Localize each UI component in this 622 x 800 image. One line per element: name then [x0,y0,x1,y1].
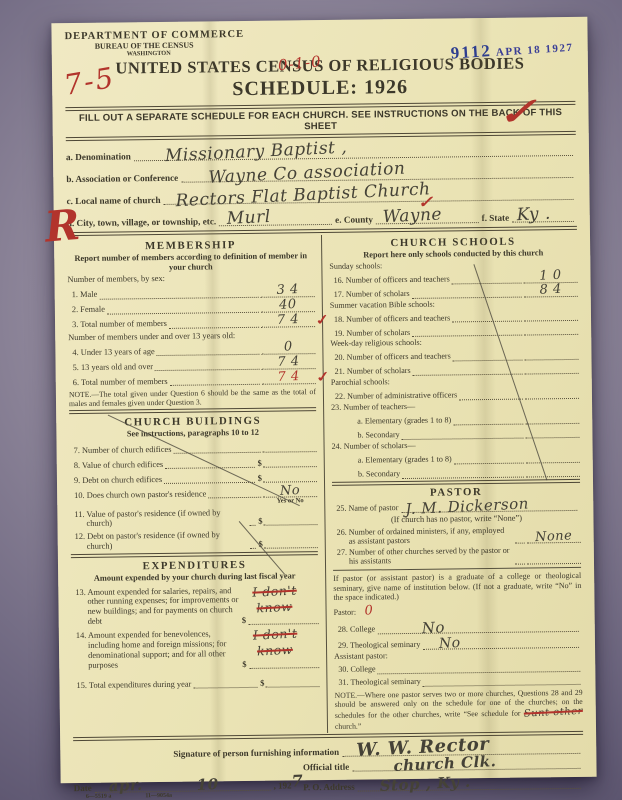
photo-background: DEPARTMENT OF COMMERCE BUREAU OF THE CEN… [0,0,622,800]
q14-value-line2: know [257,642,294,660]
q13-value-line1: I don't [252,582,297,600]
q25-row: 25. Name of pastor J. M. Dickerson [332,498,580,514]
q14-row: 14. Amount expended for benevolences, in… [72,628,319,671]
q6-total-row: 6. Total number of members 7 4✓ [69,373,316,387]
q11-row: 11. Value of pastor's residence (if owne… [70,507,317,528]
weekday-schools-label: Week-day religious schools: [330,337,578,349]
parochial-schools-label: Parochial schools: [331,376,579,388]
field-county-label: e. County [335,214,373,224]
red-check-icon: ✓ [416,194,435,212]
stamp-number: 9112 [451,41,493,63]
membership-note: NOTE.—The total given under Question 6 s… [69,387,316,408]
q29-value: No [439,636,461,652]
date-day-value: 10 [196,775,219,794]
q12-row: 12. Debt on pastor's residence (if owned… [71,529,318,550]
q21-row: 21. Number of scholars [331,363,579,377]
field-city-label: d. City, town, village, or township, etc… [67,216,217,228]
q13-value-line2: know [257,599,294,617]
q7-row: 7. Number of church edifices [70,441,317,455]
left-column: MEMBERSHIP Report number of members acco… [67,235,328,736]
field-state-value: Ky . [516,204,551,226]
date-year-digit: 7 [291,771,304,791]
rule [71,551,318,558]
summer-schools-label: Summer vacation Bible schools: [330,298,578,310]
q13-row: 13. Amount expended for salaries, repair… [71,585,318,628]
pastor-label-row: Pastor: 0 [334,602,582,619]
q28-row: 28. College No [334,619,582,635]
q3-total-row: 3. Total number of members 7 4✓ [68,316,315,330]
q30-row: 30. College [334,662,582,675]
q22-row: 22. Number of administrative officers [331,388,579,402]
q3-value: 7 4 [261,312,316,329]
stamp-date: APR 18 1927 [496,42,574,59]
dollar-sign: $ [242,660,246,669]
right-column: CHURCH SCHOOLS Report here only schools … [322,232,583,733]
q24a-row: a. Elementary (grades 1 to 8) [332,452,580,466]
q15-row: 15. Total expenditures during year $ [72,676,319,690]
q27-row: 27. Number of other churches served by t… [333,546,581,567]
q18-row: 18. Number of officers and teachers [330,310,578,324]
q17-value: 8 4 [523,282,578,299]
po-address-value: Stop , Ky . [380,773,472,795]
official-title-label: Official title [303,762,349,773]
date-year-printed: , 192 [274,780,292,790]
dollar-sign: $ [260,678,264,687]
field-state-label: f. State [482,213,510,223]
assistant-pastor-label: Assistant pastor: [334,650,582,662]
official-title-value: church Clk. [393,752,497,775]
footer-bottom: Date apr. 10 , 192 7 6—5519 a 11—9054a O… [73,754,583,800]
date-label: Date [74,783,92,793]
field-church-name-label: c. Local name of church [66,195,160,206]
form-columns: MEMBERSHIP Report number of members acco… [67,232,583,736]
q23-label: 23. Number of teachers— [331,401,579,413]
buildings-subtitle: See instructions, paragraphs 10 to 12 [69,427,316,440]
pastor-note: NOTE.—Where one pastor serves two or mor… [335,688,583,731]
dollar-sign: $ [258,473,262,482]
rule [69,407,316,414]
date-row: Date apr. 10 , 192 7 [74,771,304,793]
q23a-row: a. Elementary (grades 1 to 8) [331,413,579,427]
field-city-county-state: d. City, town, village, or township, etc… [67,209,577,228]
field-association-label: b. Association or Conference [66,173,178,184]
q26-row: 26. Number of ordained ministers, if any… [333,526,581,547]
field-association: b. Association or Conference Wayne Co as… [66,165,576,184]
date-block: Date apr. 10 , 192 7 6—5519 a 11—9054a [73,757,303,800]
dollar-sign: $ [258,458,262,467]
membership-subtitle: Report number of members according to de… [67,251,314,273]
q23b-row: b. Secondary [331,427,579,441]
graduate-note: If pastor (or assistant pastor) is a gra… [333,571,581,603]
q31-row: 31. Theological seminary [334,675,582,688]
official-title-row: Official title church Clk. [303,756,584,772]
q17-row: 17. Number of scholars 8 4 [330,285,578,299]
note-crossed-text: Sunt other [523,705,583,720]
q8-row: 8. Value of church edifices $ [70,456,317,470]
q28-value: No [422,619,446,637]
red-margin-letter: R [43,200,82,252]
rule [333,567,581,571]
form-number-1: 6—5519 a [86,794,112,800]
field-denomination-label: a. Denomination [66,151,131,162]
date-month-value: apr. [108,776,143,796]
field-city-value: Murl [227,207,272,229]
census-form-paper: DEPARTMENT OF COMMERCE BUREAU OF THE CEN… [51,17,596,783]
po-address-row: P. O. Address Stop , Ky . [303,776,584,792]
q20-row: 20. Number of officers and teachers [330,349,578,363]
q19-row: 19. Number of scholars [330,324,578,338]
dollar-sign: $ [258,517,262,526]
dollar-sign: $ [242,616,246,625]
expenditures-subtitle: Amount expended by your church during la… [71,571,318,584]
title-address-stack: Official title church Clk. P. O. Address… [303,754,584,792]
q24-label: 24. Number of scholars— [332,440,580,452]
q29-row: 29. Theological seminary No [334,635,582,651]
field-church-name: c. Local name of church Rectors Flat Bap… [66,187,576,206]
form-number-2: 11—9054a [145,793,172,799]
q6-value: 7 4 [261,370,316,387]
q26-value: None [526,529,581,546]
check-icon: ✓ [314,312,331,329]
po-address-label: P. O. Address [303,782,355,793]
schools-subtitle: Report here only schools conducted by th… [329,248,577,261]
pastor-red-mark: 0 [364,604,373,619]
field-denomination: a. Denomination Missionary Baptist , [66,143,576,162]
